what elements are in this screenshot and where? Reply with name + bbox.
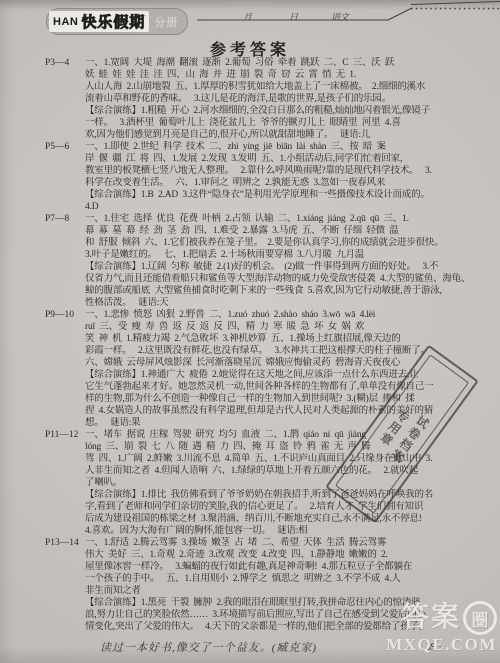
answer-line: 一、1.住宅 选择 优良 花费 叶柄 2.占领 认输 二、1.xiáng jià… [85,213,465,225]
answer-line: 字,看到了老师和同学们亲切的笑脸,我的信心更足了。 2.培育人才 学生们拥有知识 [85,501,465,513]
answer-line: 一、1.悲惨 愤怒 凶狠 2.野兽 二、1.zuó zhuó 2.shào sh… [85,309,465,321]
brand-prefix: HAN [53,16,78,28]
scanned-answer-page: HAN 快乐假期 分册 月 日 语文 参考答案 P3—4一、1.宽阔 大堤 海潮… [0,0,500,663]
answer-line: 岸 偃 疆 江 将 四、1.发展 2.发现 3.发明 五、1.小组活动后,同学们… [85,153,465,165]
answer-line: 它生气蓬勃起来才好。她忽然灵机一动,世间各种各样的生物都有了,单单没有像自己一 [85,381,465,393]
answer-line: 一、1.宽阔 大堤 海潮 翻滚 逐渐 2.葡萄 习俗 牵着 跳跃 二、C 三、沃… [85,57,465,69]
answer-line: 【综合演练】1.粗糙 开心 2.河水细细的,全没白日那么的粗糙,灿灿地闪着银光,… [85,105,465,117]
answer-line: 浪,努力让自己的笑脸依然…… 3.环境描写前后照应,写出了自己在感受到父爱后的心 [85,609,465,621]
answer-line: 后成为建设祖国的栋梁之材 3.聚涓滴、纳百川,不断地充实自己,永不满足,永不停息… [85,513,465,525]
answer-line: 一、堵车 据说 庄稼 驾驶 研究 均匀 血液 二、1.鹊 qiáo ní qū … [85,429,465,441]
answer-block: P11—12一、堵车 据说 庄稼 驾驶 研究 均匀 血液 二、1.鹊 qiáo … [85,429,465,537]
page-range-label: P11—12 [45,429,85,441]
answer-line: 想。 谜语:果 [85,417,465,429]
answer-line: 情变化,突出了父爱的伟大。 4.天下的父亲都是一样的,他们把全部的爱都给了孩子。 [85,621,465,633]
answer-line: 流着山草和野花的香味。 3.这儿是花的海洋,是歌的世界,是孩子们的乐园。 [85,93,465,105]
answer-line: 一个孩子的手中。 五、1.自用则小 2.博学之 慎思之 明辨之 3.不学不成 4… [85,573,465,585]
answer-block: P7—8一、1.住宅 选择 优良 花费 叶柄 2.占领 认输 二、1.xiáng… [85,213,465,309]
answer-line: 屋里像冰窖一样冷。 3.蝙蝠的夜行如此有趣,真是神奇啊! 4.那五粒豆子全都躺在 [85,561,465,573]
answer-line: 笑 神 机 1.精疲力竭 2.气急败坏 3.神机妙算 五、1.操场上红旗招展,像… [85,333,465,345]
answer-line: 【综合演练】1.辽阔 匀称 敏捷 2.(1)好的机会。 (2)做一件事得到两方面… [85,261,465,273]
brand-logo-inner: HAN 快乐假期 [49,11,149,32]
page-range-label: P3—4 [45,57,85,69]
page-range-label: P5—6 [45,141,85,153]
answer-line: 彩霞一样。 2.这里既没有鲜花,也没有绿草。 3.水神共工把这根撑天的柱子撞断了… [85,345,465,357]
answer-block: P9—10一、1.悲惨 愤怒 凶狠 2.野兽 二、1.zuó zhuó 2.sh… [85,309,465,429]
answer-line: 4.喜欢。因为大海有广阔的胸怀,能包容一切。 谜语:相 [85,525,465,537]
answer-line: 妖 蛙 娃 娃 洼 洼 四、山 海 并 进 崩 裂 奇 窃 云 霄 悄 无 1. [85,69,465,81]
answer-line: 【综合演练】1.B 2.AD 3.这件“隐身衣”是利用光学原理和一些摄像技术设计… [85,189,465,201]
day-label: 日 [289,10,298,23]
answer-block: P3—4一、1.宽阔 大堤 海潮 翻滚 逐渐 2.葡萄 习俗 牵着 跳跃 二、C… [85,57,465,141]
answer-line: 非生而知之者 [85,585,465,597]
answer-line: 【综合演练】1.黑亮 干裂 臃肿 2.我的眼泪在眼眶里打转,我拼命忍住内心的惊涛… [85,597,465,609]
month-label: 月 [243,10,252,23]
answer-line: 样的生物,那为什么不创造一种像自己一样的生物加入到世间呢? 3.(糊)层 掺和 … [85,393,465,405]
page-number: · 39 · [420,642,442,653]
brand-logo: HAN 快乐假期 分册 [46,8,188,35]
answer-line: 伟大 美好 三、1.奇观 2.奇迹 3.改观 改变 4.改变 四、1.静静地 嫩… [85,549,465,561]
footer-quote: 读过一本好书,像交了一个益友。(臧克家) [100,639,317,655]
answer-line: 和 舒服 倾斜 六、1.它们被我养在笼子里。 2.要是你认真学习,你的成绩就会进… [85,237,465,249]
answer-line: 一、1.舒适 2.腾云驾雾 3.操场 嫩茎 占 堵 二、希望 天体 生活 腾云驾… [85,537,465,549]
answer-line: 捏 4.女娲造人的故事虽然没有科学道理,但却是古代人民对人类起源的朴素的美好的猜 [85,405,465,417]
page-range-label: P9—10 [45,309,85,321]
answer-line: 鲸的腹部或船底 大型鲨鱼捕食时吃剩下来的一些残食 5.喜欢,因为它行动敏捷,善于… [85,285,465,297]
answer-line: 【综合演练】1.排比 我仿佛看到了爷爷奶奶在朝我招手,听到了爸爸妈妈在呼唤我的名 [85,489,465,501]
answer-line: 4.D [85,201,465,213]
answer-block: P13—14一、1.舒适 2.腾云驾雾 3.操场 嫩茎 占 堵 二、希望 天体 … [85,537,465,633]
answer-line: 欢,因为他们感觉到月亮是自己的,很开心,所以就甜甜地睡了。 谜语:儿 [85,129,465,141]
answer-line: 幕 募 墓 幕 经 劲 茎 劲 四、1.难受 2.暴露 3.马虎 五、不断 仔细… [85,225,465,237]
answer-line: 六、嫦娥 云母屏风烛影深 长河渐落晓星沉 嫦娥应悔偷灵药 碧海青天夜夜心 [85,357,465,369]
watermark-circle-badge: 圈 [463,601,497,635]
answer-line: 性格活泼。 谜语:天 [85,297,465,309]
answer-line: 人非生而知之者 4.但闻人语响 六、1.绿绿的草地上开着五颜六色的花。 2.就吹… [85,465,465,477]
page-range-label: P13—14 [45,537,85,549]
answer-line: 【综合演练】1.神通广大 疲倦 2.她觉得在这天地之间,应该添一点什么东西进去,… [85,369,465,381]
answer-line: 一、1.即使 2.世纪 科学 技术 二、zhì yíng jiē biān là… [85,141,465,153]
answer-line: 驾 四、1.广阔 2.鲜嫩 3.川流不息 4.简单 五、1.不识庐山真面目 2.… [85,453,465,465]
subject-label: 语文 [331,10,349,23]
answer-line: 3.叶子是嫩红的。 七、1.把扇丢 2.十场秋雨要穿棉 3.八月暖 九月温 [85,249,465,261]
answer-line: 人山人海 2.山崩地裂 五、1.厚厚的积雪犹如给大地盖上了一床棉被。 2.细细的… [85,81,465,93]
answer-line: 教室里的板凳横七竖八地无人整理。 2.靠什么呼风唤雨呢?靠的是现代科学技术。 3… [85,165,465,177]
answers-body: P3—4一、1.宽阔 大堤 海潮 翻滚 逐渐 2.葡萄 习俗 牵着 跳跃 二、C… [85,57,465,633]
answer-line: 科学在改变着生活。 六、1.审问之 明辨之 2.孰能无惑 3.忽如一夜春风来 [85,177,465,189]
answer-line: 一样。 3.酒杯里 葡萄叶儿上 浇花盆儿上 爷爷的镢刃儿上 眼睛里 河里 4.喜 [85,117,465,129]
answer-block: P5—6一、1.即使 2.世纪 科学 技术 二、zhì yíng jiē biā… [85,141,465,213]
answer-line: 仅省力气,而且还能借着船只和鲨鱼等大型海洋动物的威力免受敌害侵袭 4.大型的鲨鱼… [85,273,465,285]
answer-line: ruǐ 三、受 瘦 寿 兽 返 反 返 反 四、精 力 寒 暖 急 坏 女 娲 … [85,321,465,333]
brand-name: 快乐假期 [81,11,145,32]
answer-line: 了喇叭。 [85,477,465,489]
page-range-label: P7—8 [45,213,85,225]
answer-line: lóng 三、崩 裂 七 八 随 遇 精 力 四、掩 耳 盗 铃 鸦 雀 无 声… [85,441,465,453]
brand-suffix: 分册 [154,14,178,30]
